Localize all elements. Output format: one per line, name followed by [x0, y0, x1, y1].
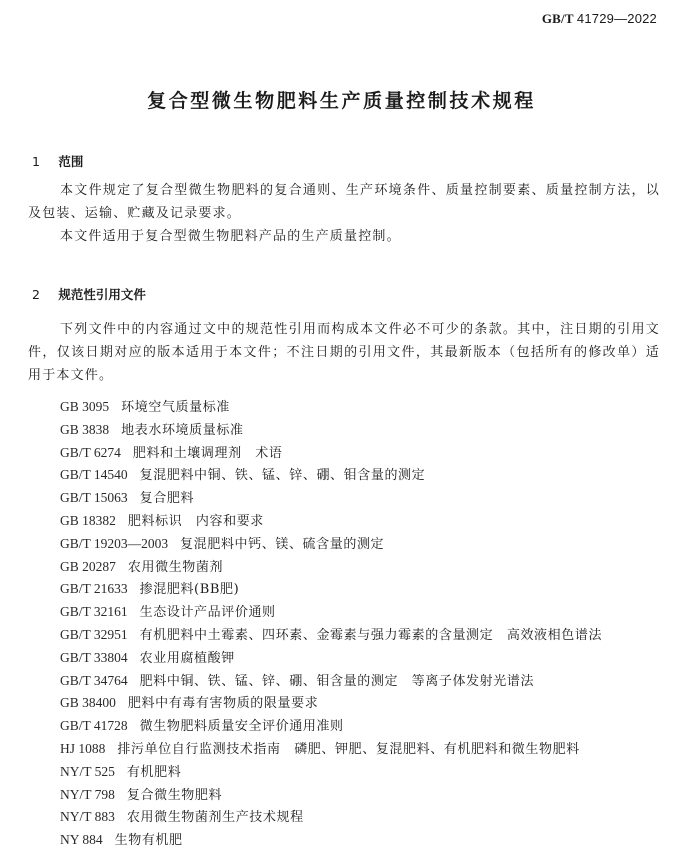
section-number: 2: [32, 287, 54, 302]
reference-list: GB 3095环境空气质量标准 GB 3838地表水环境质量标准 GB/T 62…: [60, 396, 602, 852]
reference-title: 肥料标识 内容和要求: [128, 514, 264, 529]
standard-number: GB/T 41729—2022: [542, 11, 657, 27]
reference-item: NY/T 883农用微生物菌剂生产技术规程: [60, 806, 602, 829]
reference-title: 微生物肥料质量安全评价通用准则: [140, 719, 344, 734]
reference-title: 肥料中有毒有害物质的限量要求: [128, 696, 318, 711]
section-number: 1: [32, 154, 54, 169]
reference-code: GB 38400: [60, 695, 116, 710]
section-title: 范围: [58, 154, 83, 169]
reference-item: GB 38400肥料中有毒有害物质的限量要求: [60, 692, 602, 715]
reference-title: 复合肥料: [140, 491, 194, 506]
reference-item: GB/T 33804农业用腐植酸钾: [60, 647, 602, 670]
standard-code: 41729—2022: [577, 11, 657, 26]
section-heading-scope: 1 范围: [32, 152, 83, 170]
reference-title: 农用微生物菌剂生产技术规程: [127, 810, 304, 825]
references-intro-paragraph: 下列文件中的内容通过文中的规范性引用而构成本文件必不可少的条款。其中，注日期的引…: [28, 318, 660, 387]
reference-code: GB/T 32951: [60, 627, 128, 642]
reference-item: GB/T 6274肥料和土壤调理剂 术语: [60, 442, 602, 465]
reference-title: 排污单位自行监测技术指南 磷肥、钾肥、复混肥料、有机肥料和微生物肥料: [117, 742, 579, 757]
document-title: 复合型微生物肥料生产质量控制技术规程: [0, 86, 683, 113]
reference-title: 复合微生物肥料: [127, 788, 222, 803]
reference-code: NY 884: [60, 832, 103, 847]
reference-code: GB 3838: [60, 422, 109, 437]
reference-item: GB/T 34764肥料中铜、铁、锰、锌、硼、钼含量的测定 等离子体发射光谱法: [60, 670, 602, 693]
reference-item: HJ 1088排污单位自行监测技术指南 磷肥、钾肥、复混肥料、有机肥料和微生物肥…: [60, 738, 602, 761]
reference-title: 复混肥料中铜、铁、锰、锌、硼、钼含量的测定: [140, 468, 426, 483]
scope-paragraph-2: 本文件适用于复合型微生物肥料产品的生产质量控制。: [28, 225, 660, 248]
reference-code: GB/T 33804: [60, 650, 128, 665]
reference-code: GB/T 15063: [60, 490, 128, 505]
reference-code: NY/T 525: [60, 764, 115, 779]
section-title: 规范性引用文件: [58, 287, 146, 302]
reference-title: 肥料中铜、铁、锰、锌、硼、钼含量的测定 等离子体发射光谱法: [140, 674, 534, 689]
reference-item: GB/T 21633掺混肥料(BB肥): [60, 578, 602, 601]
reference-code: GB/T 14540: [60, 467, 128, 482]
reference-item: NY/T 525有机肥料: [60, 761, 602, 784]
scope-paragraph-1: 本文件规定了复合型微生物肥料的复合通则、生产环境条件、质量控制要素、质量控制方法…: [28, 179, 660, 225]
section-heading-normative-references: 2 规范性引用文件: [32, 285, 146, 303]
reference-item: GB 18382肥料标识 内容和要求: [60, 510, 602, 533]
reference-title: 有机肥料中土霉素、四环素、金霉素与强力霉素的含量测定 高效液相色谱法: [140, 628, 602, 643]
reference-item: GB/T 41728微生物肥料质量安全评价通用准则: [60, 715, 602, 738]
reference-title: 农业用腐植酸钾: [140, 651, 235, 666]
reference-code: GB/T 6274: [60, 445, 121, 460]
reference-title: 地表水环境质量标准: [121, 423, 243, 438]
reference-code: GB 3095: [60, 399, 109, 414]
reference-item: GB 3838地表水环境质量标准: [60, 419, 602, 442]
reference-title: 有机肥料: [127, 765, 181, 780]
reference-code: GB 18382: [60, 513, 116, 528]
reference-title: 生物有机肥: [115, 833, 183, 848]
reference-title: 农用微生物菌剂: [128, 560, 223, 575]
reference-title: 生态设计产品评价通则: [140, 605, 276, 620]
reference-title: 环境空气质量标准: [121, 400, 230, 415]
reference-item: GB/T 19203—2003复混肥料中钙、镁、硫含量的测定: [60, 533, 602, 556]
reference-code: NY/T 798: [60, 787, 115, 802]
reference-code: GB/T 21633: [60, 581, 128, 596]
reference-code: NY/T 883: [60, 809, 115, 824]
standard-prefix: GB/T: [542, 11, 574, 26]
reference-item: GB/T 14540复混肥料中铜、铁、锰、锌、硼、钼含量的测定: [60, 464, 602, 487]
reference-item: NY/T 798复合微生物肥料: [60, 784, 602, 807]
reference-code: GB 20287: [60, 559, 116, 574]
reference-item: GB/T 32951有机肥料中土霉素、四环素、金霉素与强力霉素的含量测定 高效液…: [60, 624, 602, 647]
reference-code: GB/T 41728: [60, 718, 128, 733]
reference-code: GB/T 32161: [60, 604, 128, 619]
reference-item: GB 20287农用微生物菌剂: [60, 556, 602, 579]
reference-title: 肥料和土壤调理剂 术语: [133, 446, 283, 461]
reference-item: GB/T 32161生态设计产品评价通则: [60, 601, 602, 624]
reference-title: 复混肥料中钙、镁、硫含量的测定: [180, 537, 384, 552]
reference-code: GB/T 34764: [60, 673, 128, 688]
reference-item: GB 3095环境空气质量标准: [60, 396, 602, 419]
reference-title: 掺混肥料(BB肥): [140, 582, 240, 597]
reference-item: GB/T 15063复合肥料: [60, 487, 602, 510]
reference-item: NY 884生物有机肥: [60, 829, 602, 852]
reference-code: GB/T 19203—2003: [60, 536, 168, 551]
reference-code: HJ 1088: [60, 741, 105, 756]
